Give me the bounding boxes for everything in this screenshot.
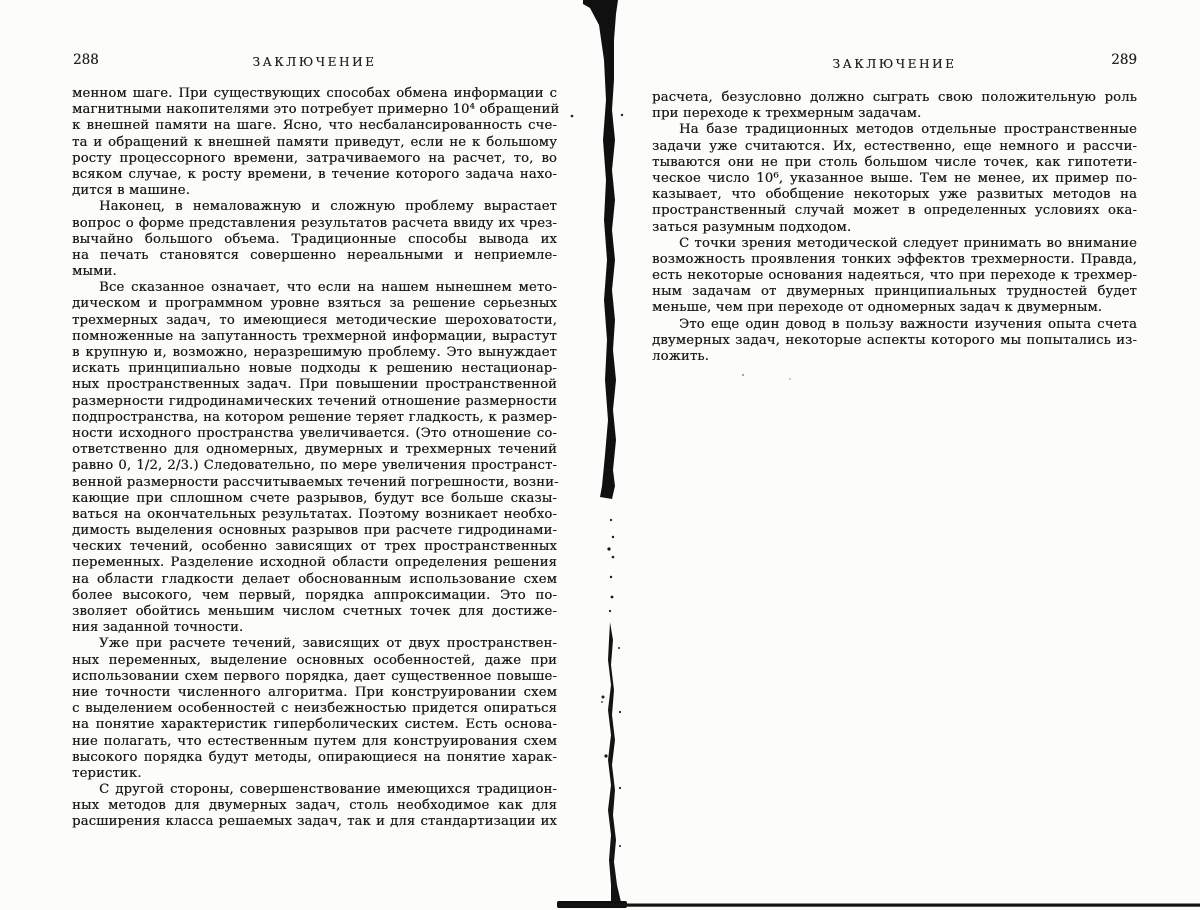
text-line: трехмерных задач, то имеющиеся методичес…: [72, 313, 557, 329]
text-line: Уже при расчете течений, зависящих от дв…: [72, 636, 557, 652]
text-line: С точки зрения методической следует прин…: [652, 236, 1137, 252]
text-line: ческих течений, особенно зависящих от тр…: [72, 539, 557, 555]
text-line: использовании схем первого порядка, дает…: [72, 669, 557, 685]
text-line: зволяет обойтись меньшим числом счетных …: [72, 604, 557, 620]
text-line: есть некоторые основания надеяться, что …: [652, 268, 1137, 284]
text-line: с выделением особенностей с неизбежность…: [72, 701, 557, 717]
left-page-text: менном шаге. При существующих способах о…: [72, 86, 557, 831]
book-spread: 288 ЗАКЛЮЧЕНИЕ менном шаге. При существу…: [0, 0, 1200, 910]
text-line: казывает, что обобщение некоторых уже ра…: [652, 187, 1137, 203]
text-line: росту процессорного времени, затрачиваем…: [72, 151, 557, 167]
text-line: ных переменных, выделение основных особе…: [72, 653, 557, 669]
text-line: венной размерности рассчитываемых течени…: [72, 475, 557, 491]
text-line: На базе традиционных методов отдельные п…: [652, 122, 1137, 138]
text-line: возможность проявления тонких эффектов т…: [652, 252, 1137, 268]
text-line: равно 0, 1/2, 2/3.) Следовательно, по ме…: [72, 458, 557, 474]
text-line: вычайно большого объема. Традиционные сп…: [72, 232, 557, 248]
text-line: ние точности численного алгоритма. При к…: [72, 685, 557, 701]
text-line: Все сказанное означает, что если на наше…: [72, 280, 557, 296]
text-line: ных пространственных задач. При повышени…: [72, 377, 557, 393]
text-line: С другой стороны, совершенствование имею…: [72, 782, 557, 798]
text-line: в крупную и, возможно, неразрешимую проб…: [72, 345, 557, 361]
text-line: ным задачам от двумерных принципиальных …: [652, 284, 1137, 300]
text-line: магнитными накопителями это потребует пр…: [72, 102, 557, 118]
text-line: помноженные на запутанность трехмерной и…: [72, 329, 557, 345]
text-line: меньше, чем при переходе от одномерных з…: [652, 300, 1137, 316]
text-line: высокого порядка будут методы, опирающие…: [72, 750, 557, 766]
text-line: мыми.: [72, 264, 557, 280]
text-line: ния заданной точности.: [72, 620, 557, 636]
text-line: димость выделения основных разрывов при …: [72, 523, 557, 539]
text-line: теристик.: [72, 766, 557, 782]
text-line: расчета, безусловно должно сыграть свою …: [652, 90, 1137, 106]
text-line: тываются они не при столь большом числе …: [652, 155, 1137, 171]
text-line: кающие при сплошном счете разрывов, буду…: [72, 491, 557, 507]
text-line: ных методов для двумерных задач, столь н…: [72, 798, 557, 814]
text-line: задачи уже считаются. Их, естественно, е…: [652, 139, 1137, 155]
text-line: двумерных задач, некоторые аспекты котор…: [652, 333, 1137, 349]
text-line: Наконец, в немаловажную и сложную пробле…: [72, 199, 557, 215]
text-line: на печать становятся совершенно нереальн…: [72, 248, 557, 264]
text-line: ваться на окончательных результатах. Поэ…: [72, 507, 557, 523]
text-line: та и обращений к внешней памяти приведут…: [72, 135, 557, 151]
text-line: всяком случае, к росту времени, в течени…: [72, 167, 557, 183]
text-line: переменных. Разделение исходной области …: [72, 555, 557, 571]
text-line: расширения класса решаемых задач, так и …: [72, 814, 557, 830]
text-line: пространственный случай может в определе…: [652, 203, 1137, 219]
text-line: к внешней памяти на шаге. Ясно, что несб…: [72, 118, 557, 134]
text-line: при переходе к трехмерным задачам.: [652, 106, 1137, 122]
text-line: ложить.: [652, 349, 1137, 365]
text-line: ности исходного пространства увеличивает…: [72, 426, 557, 442]
text-line: на понятие характеристик гиперболических…: [72, 717, 557, 733]
text-line: ние полагать, что естественным путем для…: [72, 734, 557, 750]
text-line: размерности гидродинамических течений от…: [72, 394, 557, 410]
text-line: дическом и программном уровне взяться за…: [72, 296, 557, 312]
running-head-right: ЗАКЛЮЧЕНИЕ: [652, 57, 1137, 71]
running-head-left: ЗАКЛЮЧЕНИЕ: [72, 55, 557, 69]
text-line: ответственно для одномерных, двумерных и…: [72, 442, 557, 458]
right-page-text: расчета, безусловно должно сыграть свою …: [652, 90, 1137, 365]
text-line: искать принципиально новые подходы к реш…: [72, 361, 557, 377]
text-line: на области гладкости делает обоснованным…: [72, 572, 557, 588]
text-line: заться разумным подходом.: [652, 220, 1137, 236]
text-line: дится в машине.: [72, 183, 557, 199]
text-line: ческое число 10⁶, указанное выше. Тем не…: [652, 171, 1137, 187]
text-line: Это еще один довод в пользу важности изу…: [652, 317, 1137, 333]
text-line: менном шаге. При существующих способах о…: [72, 86, 557, 102]
text-line: подпространства, на котором решение теря…: [72, 410, 557, 426]
text-line: вопрос о форме представления результатов…: [72, 216, 557, 232]
text-line: более высокого, чем первый, порядка аппр…: [72, 588, 557, 604]
